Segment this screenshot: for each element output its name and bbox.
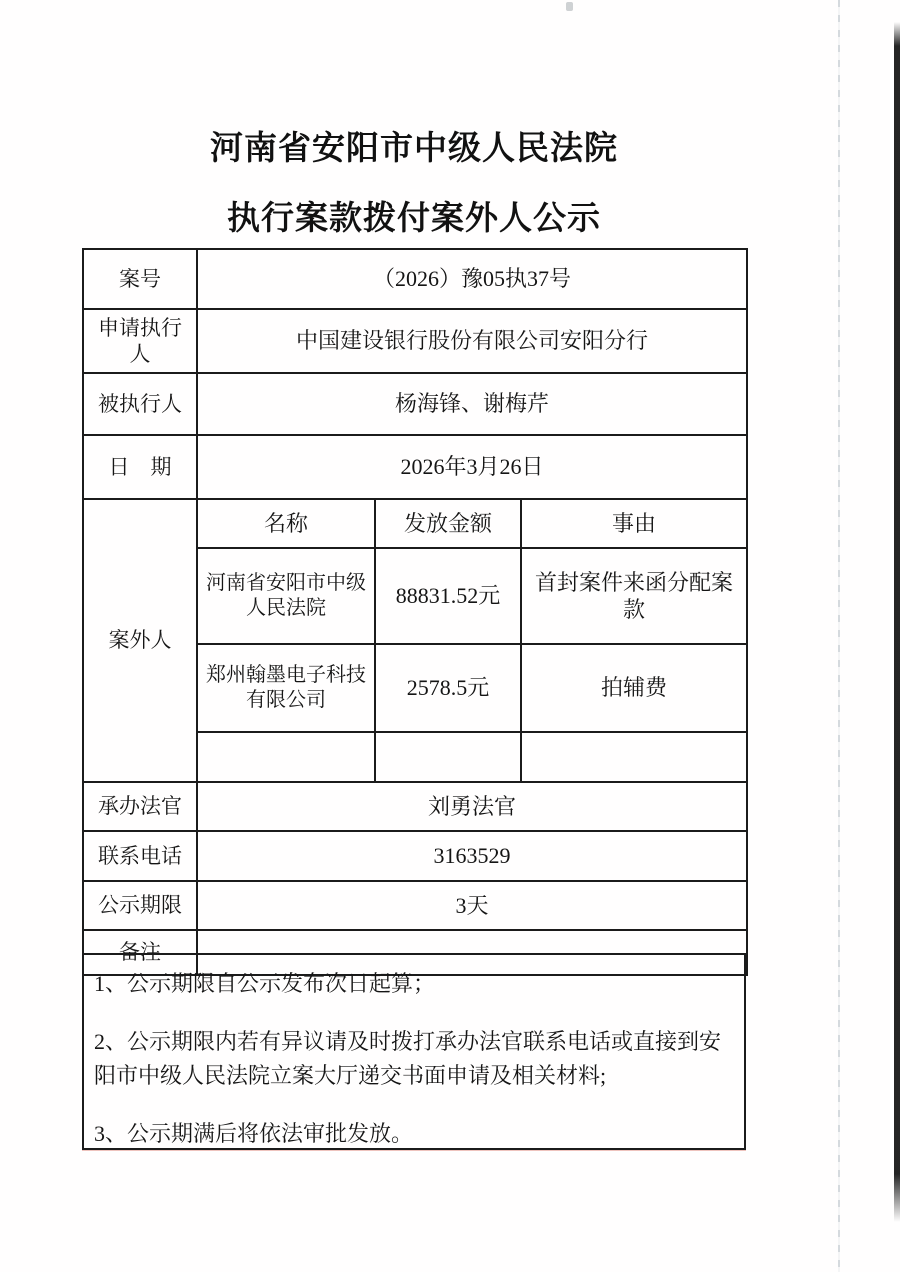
outsider-header-amount: 发放金额 [375,499,521,548]
outsider-entry-amount: 2578.5元 [375,644,521,732]
period-label: 公示期限 [83,881,197,930]
scan-artifact-right-edge [894,22,900,1222]
notes-box: 1、公示期限自公示发布次日起算； 2、公示期限内若有异议请及时拨打承办法官联系电… [82,953,746,1150]
case-number-label: 案号 [83,249,197,309]
date-value: 2026年3月26日 [197,435,747,499]
date-label: 日 期 [83,435,197,499]
page-title-notice-type: 执行案款拨付案外人公示 [82,192,746,239]
note-item-2: 2、公示期限内若有异议请及时拨打承办法官联系电话或直接到安阳市中级人民法院立案大… [94,1025,734,1093]
case-number-value: （2026）豫05执37号 [197,249,747,309]
outsider-entry-reason: 首封案件来函分配案款 [521,548,747,644]
period-value: 3天 [197,881,747,930]
page-title-court-name: 河南省安阳市中级人民法院 [82,122,746,169]
judge-label: 承办法官 [83,782,197,831]
table-row-applicant: 申请执行人 中国建设银行股份有限公司安阳分行 [83,309,747,373]
phone-value: 3163529 [197,831,747,881]
phone-label: 联系电话 [83,831,197,881]
applicant-value: 中国建设银行股份有限公司安阳分行 [197,309,747,373]
outsider-entry-amount [375,732,521,782]
outsider-entry-name: 郑州翰墨电子科技有限公司 [197,644,375,732]
table-row-phone: 联系电话 3163529 [83,831,747,881]
table-row-respondent: 被执行人 杨海锋、谢梅芹 [83,373,747,435]
outsider-entry-name: 河南省安阳市中级人民法院 [197,548,375,644]
applicant-label: 申请执行人 [83,309,197,373]
table-row-date: 日 期 2026年3月26日 [83,435,747,499]
scan-artifact-vertical-line [838,0,840,1272]
outsider-entry-reason: 拍辅费 [521,644,747,732]
outsider-entry-reason [521,732,747,782]
table-row-case-number: 案号 （2026）豫05执37号 [83,249,747,309]
table-row-judge: 承办法官 刘勇法官 [83,782,747,831]
outsider-header-name: 名称 [197,499,375,548]
table-row-publicity-period: 公示期限 3天 [83,881,747,930]
respondent-value: 杨海锋、谢梅芹 [197,373,747,435]
outsider-label: 案外人 [83,499,197,782]
judge-value: 刘勇法官 [197,782,747,831]
outsider-entry-amount: 88831.52元 [375,548,521,644]
scanned-court-notice-page: 河南省安阳市中级人民法院 执行案款拨付案外人公示 案号 （2026）豫05执37… [0,0,900,1272]
respondent-label: 被执行人 [83,373,197,435]
note-item-3: 3、公示期满后将依法审批发放。 [94,1117,734,1151]
note-item-1: 1、公示期限自公示发布次日起算； [94,967,734,1001]
outsider-header-reason: 事由 [521,499,747,548]
table-row-outsider-headers: 案外人 名称 发放金额 事由 [83,499,747,548]
outsider-entry-name [197,732,375,782]
announcement-table: 案号 （2026）豫05执37号 申请执行人 中国建设银行股份有限公司安阳分行 … [82,248,748,976]
scan-artifact-speck [566,2,573,11]
